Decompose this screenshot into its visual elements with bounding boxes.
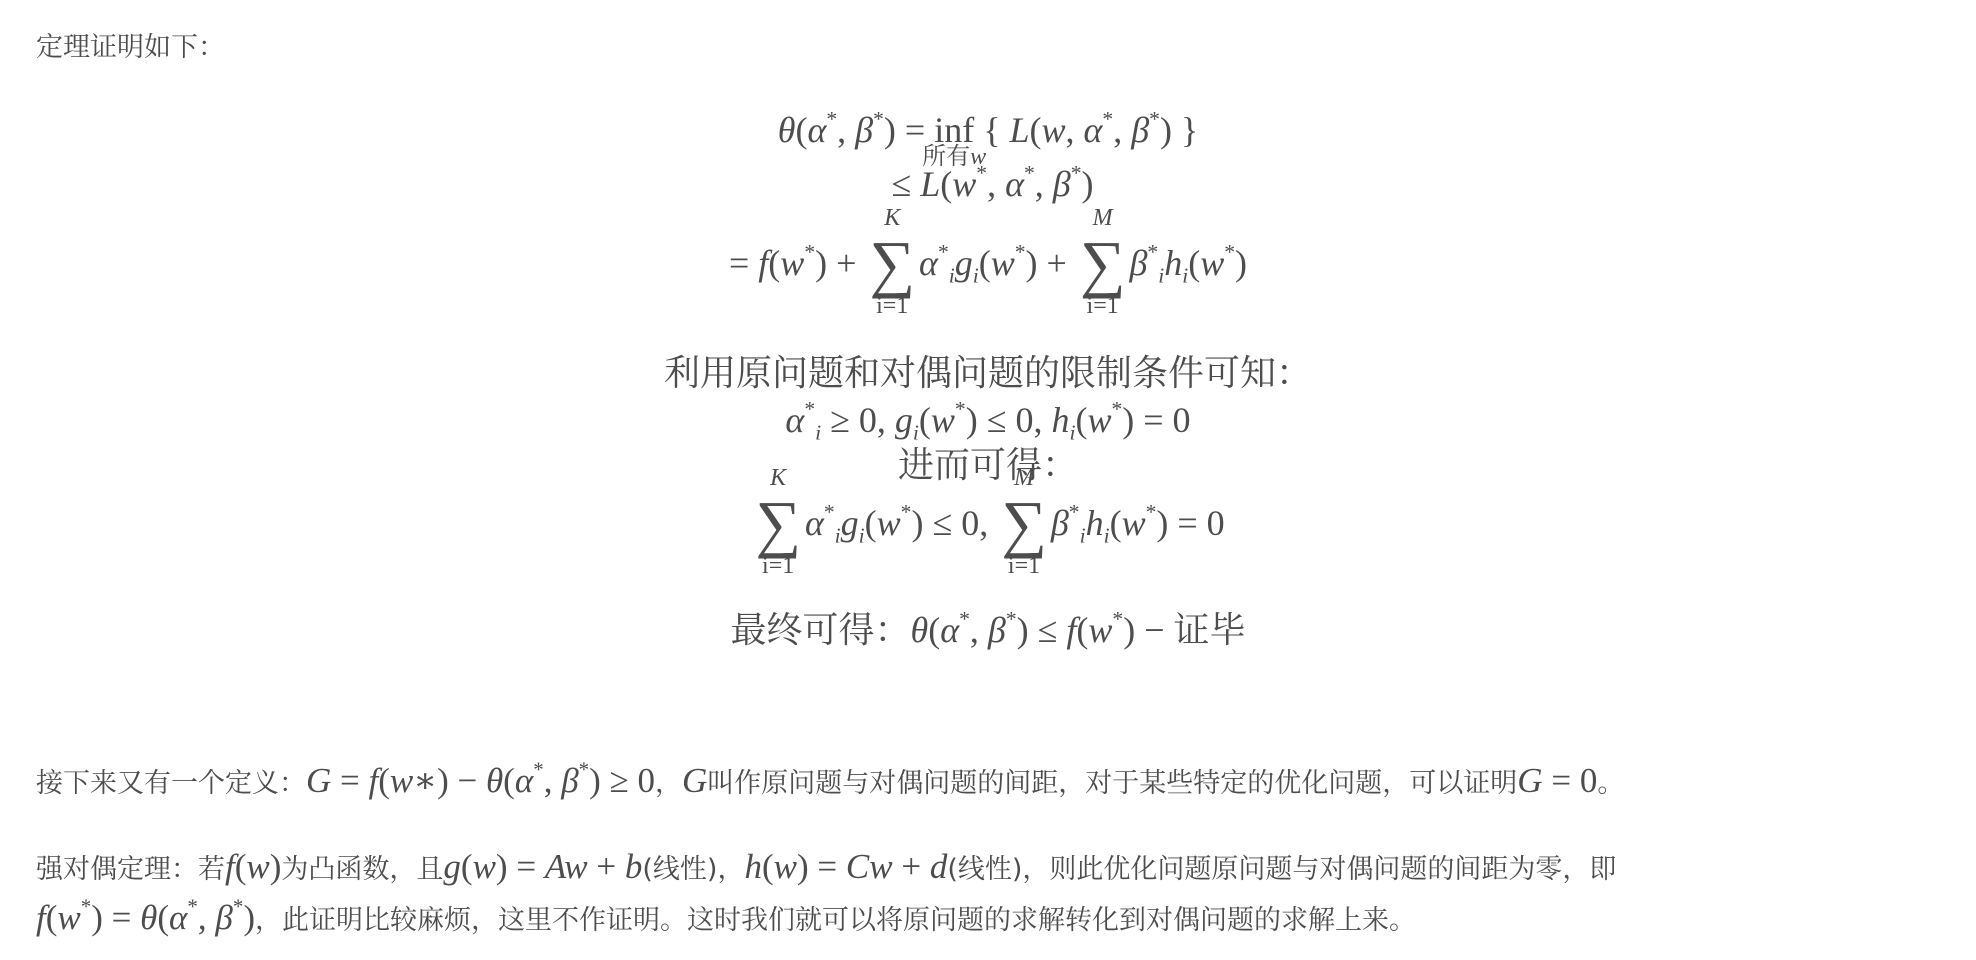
strong-duality-paragraph-line-1: 强对偶定理：若f(w)为凸函数，且g(w) = Aw + b(线性)，h(w) …	[36, 842, 1616, 895]
proof-line-5: α*i ≥ 0, gi(w*) ≤ 0, hi(w*) = 0	[0, 398, 1976, 442]
infimum-operator: inf所有w	[934, 108, 974, 152]
summation-k: K∑i=1	[869, 236, 915, 292]
proof-line-3: = f(w*) + K∑i=1α*igi(w*) + M∑i=1β*ihi(w*…	[0, 236, 1976, 292]
strong-duality-paragraph-line-2: f(w*) = θ(α*, β*)，此证明比较麻烦，这里不作证明。这时我们就可以…	[36, 893, 1416, 946]
proof-line-1: θ(α*, β*) = inf所有w { L(w, α*, β*) }	[0, 108, 1976, 152]
duality-gap-paragraph: 接下来又有一个定义：G = f(w∗) − θ(α*, β*) ≥ 0，G叫作原…	[36, 756, 1624, 809]
proof-line-8: 最终可得：θ(α*, β*) ≤ f(w*) − 证毕	[0, 608, 1976, 653]
proof-display-block: θ(α*, β*) = inf所有w { L(w, α*, β*) } ≤ L(…	[0, 108, 1976, 668]
summation-k-2: K∑i=1	[755, 496, 801, 552]
summation-m: M∑i=1	[1080, 236, 1126, 292]
proof-line-4: 利用原问题和对偶问题的限制条件可知：	[0, 352, 1976, 396]
intro-text: 定理证明如下：	[36, 30, 225, 66]
proof-line-7: K∑i=1α*igi(w*) ≤ 0, M∑i=1β*ihi(w*) = 0	[0, 496, 1976, 552]
proof-line-6: 进而可得：	[0, 444, 1976, 488]
summation-m-2: M∑i=1	[1001, 496, 1047, 552]
proof-line-2: ≤ L(w*, α*, β*)	[0, 162, 1976, 206]
